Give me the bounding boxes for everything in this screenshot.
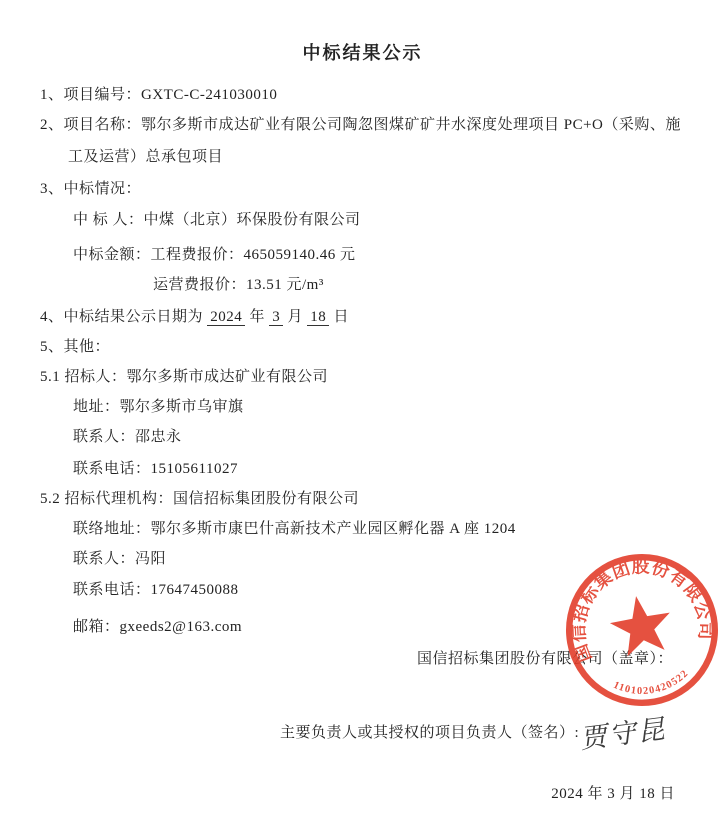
bid-section-label: 3、中标情况： [40,174,705,204]
document-body: 中标结果公示 1、项目编号：GXTC-C-241030010 2、项目名称：鄂尔… [0,0,725,809]
publish-date-month: 3 [269,309,283,326]
agency-phone-line: 联系电话：17647450088 [73,575,705,605]
project-number-line: 1、项目编号：GXTC-C-241030010 [40,80,705,110]
tenderee-address-line: 地址：鄂尔多斯市乌审旗 [73,392,705,422]
agency-address-line: 联络地址：鄂尔多斯市康巴什高新技术产业园区孵化器 A 座 1204 [73,514,705,544]
publish-date-year-unit: 年 [245,309,269,325]
project-name-line-2: 工及运营）总承包项目 [68,142,705,172]
page-title: 中标结果公示 [40,40,685,66]
tenderee-phone-line: 联系电话：15105611027 [73,454,705,484]
bid-winner-line: 中 标 人：中煤（北京）环保股份有限公司 [73,205,705,235]
handwritten-signature: 贾守昆 [578,715,668,755]
others-section-label: 5、其他： [40,332,705,362]
agency-title-line: 5.2 招标代理机构：国信招标集团股份有限公司 [40,484,705,514]
announcement-document: 中标结果公示 1、项目编号：GXTC-C-241030010 2、项目名称：鄂尔… [0,0,725,821]
agency-contact-line: 联系人：冯阳 [73,544,705,574]
publish-date-year: 2024 [207,309,245,326]
project-name-line-1: 2、项目名称：鄂尔多斯市成达矿业有限公司陶忽图煤矿矿井水深度处理项目 PC+O（… [40,110,705,140]
publish-date-day-unit: 日 [329,309,349,325]
tenderee-title-line: 5.1 招标人：鄂尔多斯市成达矿业有限公司 [40,362,705,392]
publish-date-line: 4、中标结果公示日期为 2024 年 3 月 18 日 [40,302,705,332]
agency-email-line: 邮箱：gxeeds2@163.com [73,612,705,642]
document-date-line: 2024 年 3 月 18 日 [40,779,705,809]
bid-amount-line: 中标金额：工程费报价：465059140.46 元 [73,240,705,270]
publish-date-day: 18 [307,309,329,326]
company-seal-line: 国信招标集团股份有限公司（盖章）： [40,644,705,674]
publish-date-month-unit: 月 [283,309,307,325]
publish-date-prefix: 4、中标结果公示日期为 [40,309,207,325]
signature-line: 主要负责人或其授权的项目负责人（签名）:贾守昆 [280,714,705,748]
bid-operation-fee-line: 运营费报价：13.51 元/m³ [153,270,705,300]
signature-label: 主要负责人或其授权的项目负责人（签名）: [280,725,579,741]
tenderee-contact-line: 联系人：邵忠永 [73,422,705,452]
